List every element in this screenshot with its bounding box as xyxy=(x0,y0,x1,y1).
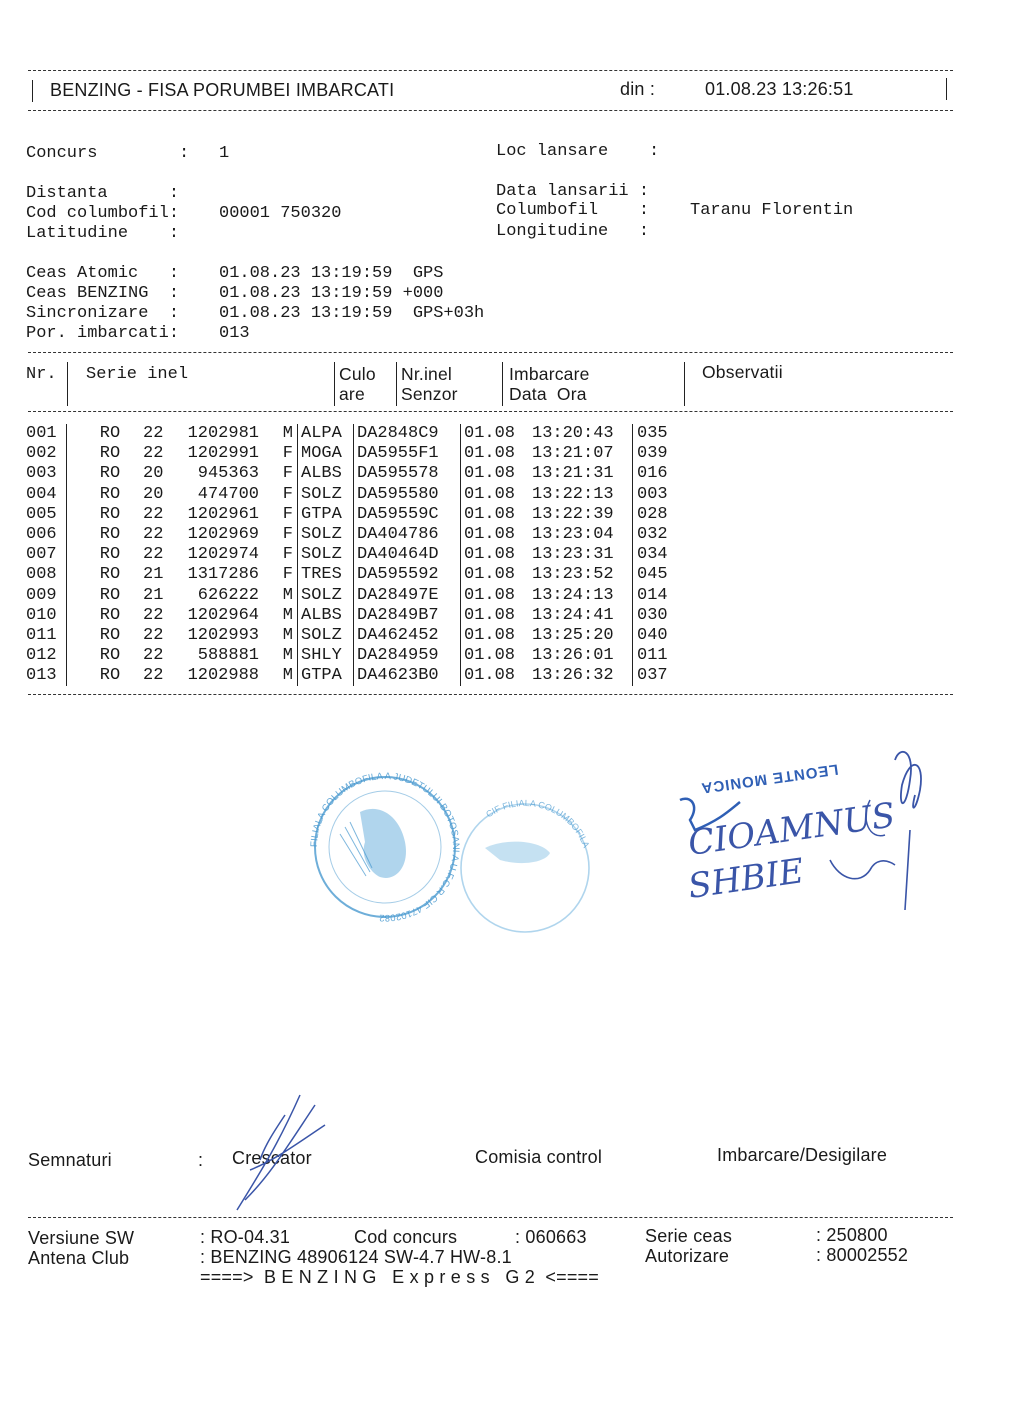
ring-year-cell: 22 xyxy=(139,525,173,545)
color-code-cell: SHLY xyxy=(298,646,354,666)
ring-country-cell: RO xyxy=(67,586,140,606)
sex-cell: F xyxy=(259,485,298,505)
ring-year-cell: 21 xyxy=(139,565,173,585)
observatii-cell: 035 xyxy=(633,424,668,444)
ring-number-cell: 474700 xyxy=(173,485,259,505)
col-header-culoare-2: are xyxy=(339,384,365,404)
observatii-cell: 016 xyxy=(633,464,668,484)
table-row: 007RO221202974FSOLZDA40464D01.0813:23:31… xyxy=(26,545,668,565)
sex-cell: M xyxy=(259,606,298,626)
table-row: 003RO20945363FALBSDA59557801.0813:21:310… xyxy=(26,464,668,484)
row-number-cell: 012 xyxy=(26,646,67,666)
ring-country-cell: RO xyxy=(67,444,140,464)
boarding-time-cell: 13:26:01 xyxy=(532,646,633,666)
sensor-ring-cell: DA284959 xyxy=(354,646,461,666)
ring-country-cell: RO xyxy=(67,505,140,525)
boarding-date-cell: 01.08 xyxy=(461,626,533,646)
sensor-ring-cell: DA595592 xyxy=(354,565,461,585)
col-header-culoare-1: Culo xyxy=(339,364,376,384)
antena-club-label: Antena Club xyxy=(28,1248,129,1268)
ring-country-cell: RO xyxy=(67,424,140,444)
boarding-time-cell: 13:23:31 xyxy=(532,545,633,565)
row-number-cell: 003 xyxy=(26,464,67,484)
ring-number-cell: 1202961 xyxy=(173,505,259,525)
col-header-sensor-2: Senzor xyxy=(401,384,458,404)
semnaturi-colon: : xyxy=(198,1150,203,1170)
header-date-value: 01.08.23 13:26:51 xyxy=(705,79,854,99)
ring-number-cell: 588881 xyxy=(173,646,259,666)
row-number-cell: 007 xyxy=(26,545,67,565)
crescator-signature xyxy=(225,1090,345,1220)
table-bottom-rule xyxy=(28,694,953,695)
sensor-ring-cell: DA595578 xyxy=(354,464,461,484)
boarding-date-cell: 01.08 xyxy=(461,485,533,505)
table-header-bottom-rule xyxy=(28,411,953,412)
table-row: 008RO211317286FTRESDA59559201.0813:23:52… xyxy=(26,565,668,585)
table-row: 010RO221202964MALBSDA2849B701.0813:24:41… xyxy=(26,606,668,626)
row-number-cell: 004 xyxy=(26,485,67,505)
sensor-ring-cell: DA595580 xyxy=(354,485,461,505)
boarding-time-cell: 13:21:07 xyxy=(532,444,633,464)
club-stamp-right: CIF FILIALA COLUMBOFILA xyxy=(450,798,600,938)
ring-year-cell: 22 xyxy=(139,505,173,525)
ring-year-cell: 20 xyxy=(139,464,173,484)
ring-number-cell: 1202981 xyxy=(173,424,259,444)
ring-year-cell: 21 xyxy=(139,586,173,606)
boarding-time-cell: 13:24:41 xyxy=(532,606,633,626)
col-header-observatii: Observatii xyxy=(702,362,783,382)
boarding-date-cell: 01.08 xyxy=(461,646,533,666)
boarding-date-cell: 01.08 xyxy=(461,505,533,525)
observatii-cell: 030 xyxy=(633,606,668,626)
row-number-cell: 002 xyxy=(26,444,67,464)
serie-ceas-value: : 250800 xyxy=(816,1225,888,1245)
ring-number-cell: 1202993 xyxy=(173,626,259,646)
latitudine-label: Latitudine : xyxy=(26,224,179,244)
sex-cell: F xyxy=(259,505,298,525)
sensor-ring-cell: DA404786 xyxy=(354,525,461,545)
sensor-ring-cell: DA4623B0 xyxy=(354,666,461,686)
header-left-bar xyxy=(32,80,33,102)
ring-number-cell: 1202969 xyxy=(173,525,259,545)
row-number-cell: 009 xyxy=(26,586,67,606)
ring-year-cell: 22 xyxy=(139,545,173,565)
ceas-benzing-label: Ceas BENZING : xyxy=(26,284,179,304)
table-row: 001RO221202981MALPADA2848C901.0813:20:43… xyxy=(26,424,668,444)
ring-country-cell: RO xyxy=(67,606,140,626)
ring-country-cell: RO xyxy=(67,666,140,686)
columbofil-label: Columbofil : xyxy=(496,201,649,221)
versiune-sw-label: Versiune SW xyxy=(28,1228,134,1248)
ceas-atomic-label: Ceas Atomic : xyxy=(26,264,179,284)
color-code-cell: MOGA xyxy=(298,444,354,464)
row-number-cell: 010 xyxy=(26,606,67,626)
ring-year-cell: 22 xyxy=(139,606,173,626)
sex-cell: F xyxy=(259,464,298,484)
ring-year-cell: 22 xyxy=(139,626,173,646)
handwritten-signatures: CIOAMNUS SHBIE xyxy=(670,740,950,920)
color-code-cell: TRES xyxy=(298,565,354,585)
ring-number-cell: 1202988 xyxy=(173,666,259,686)
row-number-cell: 013 xyxy=(26,666,67,686)
header-right-bar xyxy=(946,78,947,100)
semnaturi-label: Semnaturi xyxy=(28,1150,112,1170)
color-code-cell: ALBS xyxy=(298,606,354,626)
boarding-date-cell: 01.08 xyxy=(461,586,533,606)
sensor-ring-cell: DA40464D xyxy=(354,545,461,565)
col-header-sensor-1: Nr.inel xyxy=(401,364,452,384)
color-code-cell: SOLZ xyxy=(298,485,354,505)
table-row: 013RO221202988MGTPADA4623B001.0813:26:32… xyxy=(26,666,668,686)
boarding-date-cell: 01.08 xyxy=(461,525,533,545)
color-code-cell: ALBS xyxy=(298,464,354,484)
table-row: 009RO21626222MSOLZDA28497E01.0813:24:130… xyxy=(26,586,668,606)
boarding-date-cell: 01.08 xyxy=(461,565,533,585)
sensor-ring-cell: DA2848C9 xyxy=(354,424,461,444)
benzing-express-banner: ====> B E N Z I N G E x p r e s s G 2 <=… xyxy=(200,1267,599,1287)
ring-number-cell: 945363 xyxy=(173,464,259,484)
ring-year-cell: 20 xyxy=(139,485,173,505)
ring-country-cell: RO xyxy=(67,485,140,505)
sex-cell: M xyxy=(259,666,298,686)
header-bottom-rule xyxy=(28,110,953,111)
boarding-time-cell: 13:26:32 xyxy=(532,666,633,686)
observatii-cell: 003 xyxy=(633,485,668,505)
ring-country-cell: RO xyxy=(67,646,140,666)
cod-columbofil-label: Cod columbofil: xyxy=(26,204,179,224)
table-row: 004RO20474700FSOLZDA59558001.0813:22:130… xyxy=(26,485,668,505)
boarding-time-cell: 13:22:13 xyxy=(532,485,633,505)
observatii-cell: 037 xyxy=(633,666,668,686)
col-divider-culoare xyxy=(396,362,397,406)
sex-cell: M xyxy=(259,646,298,666)
ring-country-cell: RO xyxy=(67,626,140,646)
sex-cell: F xyxy=(259,545,298,565)
sex-cell: F xyxy=(259,444,298,464)
ring-year-cell: 22 xyxy=(139,666,173,686)
document-title: BENZING - FISA PORUMBEI IMBARCATI xyxy=(50,80,394,100)
columbofil-value: Taranu Florentin xyxy=(690,201,853,221)
distanta-label: Distanta : xyxy=(26,184,179,204)
boarding-date-cell: 01.08 xyxy=(461,545,533,565)
row-number-cell: 001 xyxy=(26,424,67,444)
col-divider-imbarcare xyxy=(684,362,685,406)
sensor-ring-cell: DA28497E xyxy=(354,586,461,606)
sensor-ring-cell: DA2849B7 xyxy=(354,606,461,626)
pigeon-table: 001RO221202981MALPADA2848C901.0813:20:43… xyxy=(26,424,668,686)
col-header-imbarcare-2: Data Ora xyxy=(509,384,587,404)
ring-number-cell: 1202974 xyxy=(173,545,259,565)
cod-columbofil-value: 00001 750320 xyxy=(219,204,341,224)
sex-cell: F xyxy=(259,525,298,545)
color-code-cell: ALPA xyxy=(298,424,354,444)
table-row: 002RO221202991FMOGADA5955F101.0813:21:07… xyxy=(26,444,668,464)
observatii-cell: 034 xyxy=(633,545,668,565)
concurs-label: Concurs : xyxy=(26,144,189,164)
sex-cell: M xyxy=(259,626,298,646)
row-number-cell: 005 xyxy=(26,505,67,525)
color-code-cell: GTPA xyxy=(298,505,354,525)
footer-top-rule xyxy=(28,1217,953,1218)
sex-cell: M xyxy=(259,586,298,606)
boarding-time-cell: 13:20:43 xyxy=(532,424,633,444)
observatii-cell: 045 xyxy=(633,565,668,585)
table-row: 012RO22588881MSHLYDA28495901.0813:26:010… xyxy=(26,646,668,666)
ring-year-cell: 22 xyxy=(139,424,173,444)
boarding-time-cell: 13:21:31 xyxy=(532,464,633,484)
sensor-ring-cell: DA462452 xyxy=(354,626,461,646)
comisia-control-label: Comisia control xyxy=(475,1147,602,1167)
row-number-cell: 008 xyxy=(26,565,67,585)
table-row: 011RO221202993MSOLZDA46245201.0813:25:20… xyxy=(26,626,668,646)
observatii-cell: 011 xyxy=(633,646,668,666)
table-header-top-rule xyxy=(28,352,953,353)
sex-cell: M xyxy=(259,424,298,444)
observatii-cell: 028 xyxy=(633,505,668,525)
ring-year-cell: 22 xyxy=(139,646,173,666)
imbarcare-desigilare-label: Imbarcare/Desigilare xyxy=(717,1145,887,1165)
ring-number-cell: 626222 xyxy=(173,586,259,606)
svg-text:CIF FILIALA COLUMBOFILA: CIF FILIALA COLUMBOFILA xyxy=(484,798,591,849)
col-divider-serie xyxy=(334,362,335,406)
ring-year-cell: 22 xyxy=(139,444,173,464)
cod-concurs-label: Cod concurs xyxy=(354,1227,457,1247)
loc-lansare-label: Loc lansare : xyxy=(496,142,659,162)
color-code-cell: SOLZ xyxy=(298,626,354,646)
sensor-ring-cell: DA5955F1 xyxy=(354,444,461,464)
antena-club-value: : BENZING 48906124 SW-4.7 HW-8.1 xyxy=(200,1247,512,1267)
ceas-atomic-value: 01.08.23 13:19:59 GPS xyxy=(219,264,443,284)
boarding-time-cell: 13:22:39 xyxy=(532,505,633,525)
sincronizare-value: 01.08.23 13:19:59 GPS+03h xyxy=(219,304,484,324)
concurs-value: 1 xyxy=(219,144,229,164)
ceas-benzing-value: 01.08.23 13:19:59 +000 xyxy=(219,284,443,304)
color-code-cell: SOLZ xyxy=(298,545,354,565)
sincronizare-label: Sincronizare : xyxy=(26,304,179,324)
sex-cell: F xyxy=(259,565,298,585)
color-code-cell: SOLZ xyxy=(298,586,354,606)
color-code-cell: SOLZ xyxy=(298,525,354,545)
sensor-ring-cell: DA59559C xyxy=(354,505,461,525)
boarding-date-cell: 01.08 xyxy=(461,666,533,686)
boarding-date-cell: 01.08 xyxy=(461,424,533,444)
ring-number-cell: 1202991 xyxy=(173,444,259,464)
observatii-cell: 014 xyxy=(633,586,668,606)
por-imbarcati-value: 013 xyxy=(219,324,250,344)
observatii-cell: 032 xyxy=(633,525,668,545)
ring-country-cell: RO xyxy=(67,545,140,565)
observatii-cell: 039 xyxy=(633,444,668,464)
boarding-time-cell: 13:23:52 xyxy=(532,565,633,585)
row-number-cell: 006 xyxy=(26,525,67,545)
col-divider-nr xyxy=(67,362,68,406)
col-header-imbarcare-1: Imbarcare xyxy=(509,364,590,384)
row-number-cell: 011 xyxy=(26,626,67,646)
ring-country-cell: RO xyxy=(67,565,140,585)
longitudine-label: Longitudine : xyxy=(496,222,649,242)
boarding-time-cell: 13:25:20 xyxy=(532,626,633,646)
observatii-cell: 040 xyxy=(633,626,668,646)
table-row: 005RO221202961FGTPADA59559C01.0813:22:39… xyxy=(26,505,668,525)
table-row: 006RO221202969FSOLZDA40478601.0813:23:04… xyxy=(26,525,668,545)
boarding-date-cell: 01.08 xyxy=(461,606,533,626)
header-date-label: din : xyxy=(620,79,655,99)
col-header-nr: Nr. xyxy=(26,365,57,385)
autorizare-value: : 80002552 xyxy=(816,1245,908,1265)
col-header-serie: Serie inel xyxy=(86,365,188,385)
serie-ceas-label: Serie ceas xyxy=(645,1226,732,1246)
boarding-time-cell: 13:24:13 xyxy=(532,586,633,606)
por-imbarcati-label: Por. imbarcati: xyxy=(26,324,179,344)
versiune-sw-value: : RO-04.31 xyxy=(200,1227,290,1247)
autorizare-label: Autorizare xyxy=(645,1246,729,1266)
boarding-date-cell: 01.08 xyxy=(461,464,533,484)
col-divider-sensor xyxy=(502,362,503,406)
ring-country-cell: RO xyxy=(67,525,140,545)
header-top-rule xyxy=(28,70,953,71)
boarding-time-cell: 13:23:04 xyxy=(532,525,633,545)
data-lansarii-label: Data lansarii : xyxy=(496,182,649,202)
ring-country-cell: RO xyxy=(67,464,140,484)
club-stamp-left: FILIALA COLUMBOFILA A JUDETULUI BOTOSANI… xyxy=(300,772,470,922)
cod-concurs-value: : 060663 xyxy=(515,1227,587,1247)
ring-number-cell: 1202964 xyxy=(173,606,259,626)
ring-number-cell: 1317286 xyxy=(173,565,259,585)
boarding-date-cell: 01.08 xyxy=(461,444,533,464)
color-code-cell: GTPA xyxy=(298,666,354,686)
